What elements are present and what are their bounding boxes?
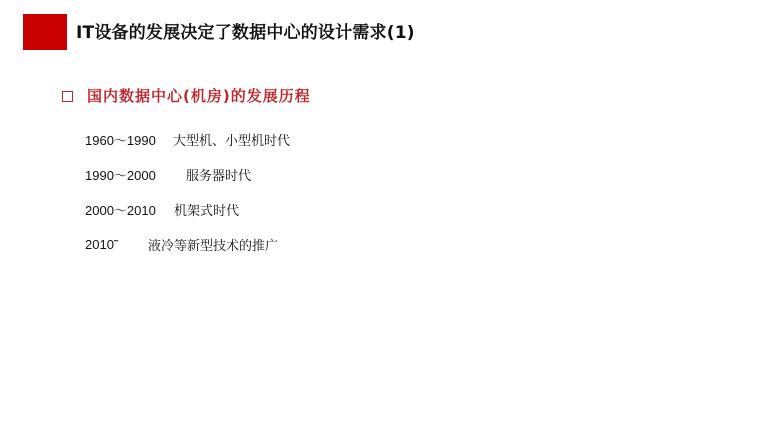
section-heading-text: 国内数据中心(机房)的发展历程	[87, 86, 311, 106]
hollow-square-bullet-icon	[62, 91, 73, 102]
timeline-era: 机架式时代	[174, 200, 239, 219]
timeline-era: 服务器时代	[186, 165, 251, 184]
timeline-period: 2000～2010	[85, 200, 174, 219]
timeline-period: 1960～1990	[85, 130, 173, 149]
timeline-period: 2010˜	[85, 237, 148, 252]
title-accent-block	[23, 14, 67, 50]
timeline-era: 液冷等新型技术的推广	[148, 235, 278, 254]
slide-title: IT设备的发展决定了数据中心的设计需求(1)	[76, 22, 415, 44]
timeline-list: 1960～1990 大型机、小型机时代 1990～2000 服务器时代 2000…	[85, 122, 290, 262]
timeline-item: 1960～1990 大型机、小型机时代	[85, 122, 290, 157]
timeline-item: 2000～2010 机架式时代	[85, 192, 290, 227]
section-heading: 国内数据中心(机房)的发展历程	[62, 86, 311, 106]
slide: IT设备的发展决定了数据中心的设计需求(1) 国内数据中心(机房)的发展历程 1…	[0, 0, 768, 432]
timeline-item: 2010˜ 液冷等新型技术的推广	[85, 227, 290, 262]
timeline-period: 1990～2000	[85, 165, 186, 184]
timeline-era: 大型机、小型机时代	[173, 130, 290, 149]
timeline-item: 1990～2000 服务器时代	[85, 157, 290, 192]
